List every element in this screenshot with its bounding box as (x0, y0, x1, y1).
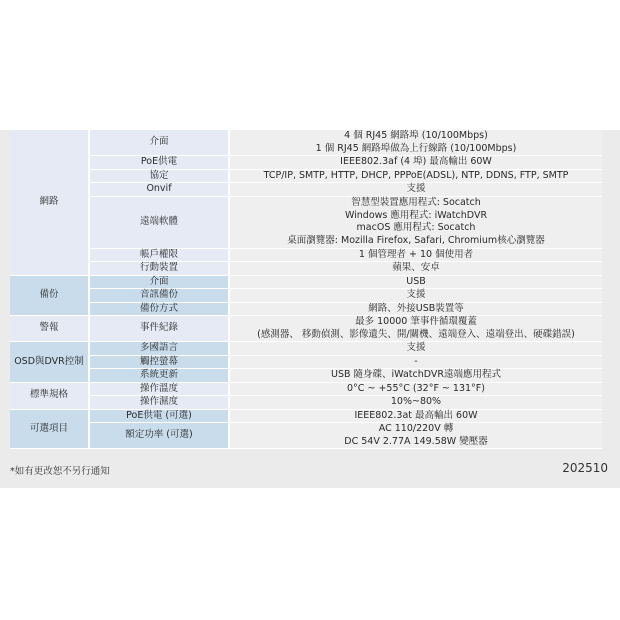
spec-label-cell: Onvif (90, 183, 230, 197)
spec-label-cell: 操作濕度 (90, 396, 230, 410)
spec-panel: 網路介面4 個 RJ45 網路埠 (10/100Mbps)1 個 RJ45 網路… (0, 130, 620, 488)
spec-value-line: 1 個管理者 + 10 個使用者 (232, 249, 600, 262)
spec-value-line: USB 隨身碟、iWatchDVR遠端應用程式 (232, 369, 600, 382)
category-cell: 網路 (10, 130, 90, 276)
spec-row: 帳戶權限1 個管理者 + 10 個使用者 (10, 249, 602, 263)
spec-value-line: 桌面瀏覽器: Mozilla Firefox, Safari, Chromium… (232, 235, 600, 248)
spec-value-line: macOS 應用程式: Socatch (232, 222, 600, 235)
spec-label-cell: PoE供電 (90, 156, 230, 170)
spec-value-line: - (232, 356, 600, 369)
spec-value-line: TCP/IP, SMTP, HTTP, DHCP, PPPoE(ADSL), N… (232, 170, 600, 183)
spec-value-cell: 網路、外接USB裝置等 (230, 303, 602, 317)
spec-row: 系統更新USB 隨身碟、iWatchDVR遠端應用程式 (10, 369, 602, 383)
spec-label-cell: 帳戶權限 (90, 249, 230, 263)
spec-label-cell: 協定 (90, 170, 230, 184)
spec-row: 標準規格操作溫度0°C ~ +55°C (32°F ~ 131°F) (10, 383, 602, 397)
spec-row: 音訊備份支援 (10, 289, 602, 303)
spec-value-cell: - (230, 356, 602, 370)
spec-value-cell: USB (230, 276, 602, 290)
spec-row: 行動裝置蘋果、安卓 (10, 262, 602, 276)
spec-value-line: 支援 (232, 183, 600, 196)
spec-value-line: Windows 應用程式: iWatchDVR (232, 210, 600, 223)
spec-label-cell: 額定功率 (可選) (90, 423, 230, 449)
spec-value-cell: 智慧型裝置應用程式: SocatchWindows 應用程式: iWatchDV… (230, 197, 602, 249)
spec-value-cell: 支援 (230, 289, 602, 303)
spec-row: 協定TCP/IP, SMTP, HTTP, DHCP, PPPoE(ADSL),… (10, 170, 602, 184)
spec-row: 備份方式網路、外接USB裝置等 (10, 303, 602, 317)
spec-value-cell: AC 110/220V 轉DC 54V 2.77A 149.58W 變壓器 (230, 423, 602, 449)
spec-value-line: (感測器、 移動偵測、影像遺失、開/關機、遠端登入、遠端登出、硬碟錯誤) (232, 329, 600, 342)
spec-value-line: 蘋果、安卓 (232, 262, 600, 275)
spec-row: 備份介面USB (10, 276, 602, 290)
spec-value-line: USB (232, 276, 600, 289)
spec-value-cell: 10%~80% (230, 396, 602, 410)
spec-label-cell: 介面 (90, 276, 230, 290)
spec-row: 網路介面4 個 RJ45 網路埠 (10/100Mbps)1 個 RJ45 網路… (10, 130, 602, 156)
spec-label-cell: 觸控螢幕 (90, 356, 230, 370)
spec-value-line: DC 54V 2.77A 149.58W 變壓器 (232, 436, 600, 449)
footer-note: *如有更改恕不另行通知 (10, 463, 110, 477)
spec-value-cell: 0°C ~ +55°C (32°F ~ 131°F) (230, 383, 602, 397)
spec-table: 網路介面4 個 RJ45 網路埠 (10/100Mbps)1 個 RJ45 網路… (10, 130, 602, 449)
spec-value-line: 支援 (232, 289, 600, 302)
spec-label-cell: 操作溫度 (90, 383, 230, 397)
category-cell: 標準規格 (10, 383, 90, 410)
spec-label-cell: PoE供電 (可選) (90, 410, 230, 424)
spec-row: 遠端軟體智慧型裝置應用程式: SocatchWindows 應用程式: iWat… (10, 197, 602, 249)
spec-label-cell: 多國語言 (90, 342, 230, 356)
spec-value-cell: 支援 (230, 183, 602, 197)
spec-row: 警報事件紀錄最多 10000 筆事件循環覆蓋(感測器、 移動偵測、影像遺失、開/… (10, 316, 602, 342)
spec-value-cell: IEEE802.3at 最高輸出 60W (230, 410, 602, 424)
spec-value-line: IEEE802.3at 最高輸出 60W (232, 410, 600, 423)
spec-value-line: IEEE802.3af (4 埠) 最高輸出 60W (232, 156, 600, 169)
spec-label-cell: 遠端軟體 (90, 197, 230, 249)
footer-code: 202510 (562, 461, 608, 475)
category-cell: 備份 (10, 276, 90, 317)
spec-value-cell: 4 個 RJ45 網路埠 (10/100Mbps)1 個 RJ45 網路埠做為上… (230, 130, 602, 156)
spec-value-line: 網路、外接USB裝置等 (232, 303, 600, 316)
spec-label-cell: 備份方式 (90, 303, 230, 317)
spec-label-cell: 系統更新 (90, 369, 230, 383)
spec-value-line: 智慧型裝置應用程式: Socatch (232, 197, 600, 210)
spec-value-line: 10%~80% (232, 396, 600, 409)
spec-row: 可選項目PoE供電 (可選)IEEE802.3at 最高輸出 60W (10, 410, 602, 424)
spec-row: PoE供電IEEE802.3af (4 埠) 最高輸出 60W (10, 156, 602, 170)
spec-value-line: 0°C ~ +55°C (32°F ~ 131°F) (232, 383, 600, 396)
spec-value-cell: 支援 (230, 342, 602, 356)
spec-row: 操作濕度10%~80% (10, 396, 602, 410)
spec-value-line: 1 個 RJ45 網路埠做為上行線路 (10/100Mbps) (232, 143, 600, 156)
category-cell: 可選項目 (10, 410, 90, 450)
spec-row: 額定功率 (可選)AC 110/220V 轉DC 54V 2.77A 149.5… (10, 423, 602, 449)
spec-value-cell: 1 個管理者 + 10 個使用者 (230, 249, 602, 263)
spec-value-line: 最多 10000 筆事件循環覆蓋 (232, 316, 600, 329)
spec-row: Onvif支援 (10, 183, 602, 197)
spec-value-line: 支援 (232, 342, 600, 355)
spec-value-line: AC 110/220V 轉 (232, 423, 600, 436)
category-cell: 警報 (10, 316, 90, 342)
spec-value-cell: 最多 10000 筆事件循環覆蓋(感測器、 移動偵測、影像遺失、開/關機、遠端登… (230, 316, 602, 342)
spec-row: 觸控螢幕- (10, 356, 602, 370)
spec-value-cell: TCP/IP, SMTP, HTTP, DHCP, PPPoE(ADSL), N… (230, 170, 602, 184)
category-cell: OSD與DVR控制 (10, 342, 90, 383)
spec-value-line: 4 個 RJ45 網路埠 (10/100Mbps) (232, 130, 600, 143)
spec-label-cell: 事件紀錄 (90, 316, 230, 342)
spec-row: OSD與DVR控制多國語言支援 (10, 342, 602, 356)
spec-label-cell: 介面 (90, 130, 230, 156)
spec-value-cell: 蘋果、安卓 (230, 262, 602, 276)
spec-value-cell: IEEE802.3af (4 埠) 最高輸出 60W (230, 156, 602, 170)
spec-label-cell: 音訊備份 (90, 289, 230, 303)
spec-value-cell: USB 隨身碟、iWatchDVR遠端應用程式 (230, 369, 602, 383)
spec-label-cell: 行動裝置 (90, 262, 230, 276)
